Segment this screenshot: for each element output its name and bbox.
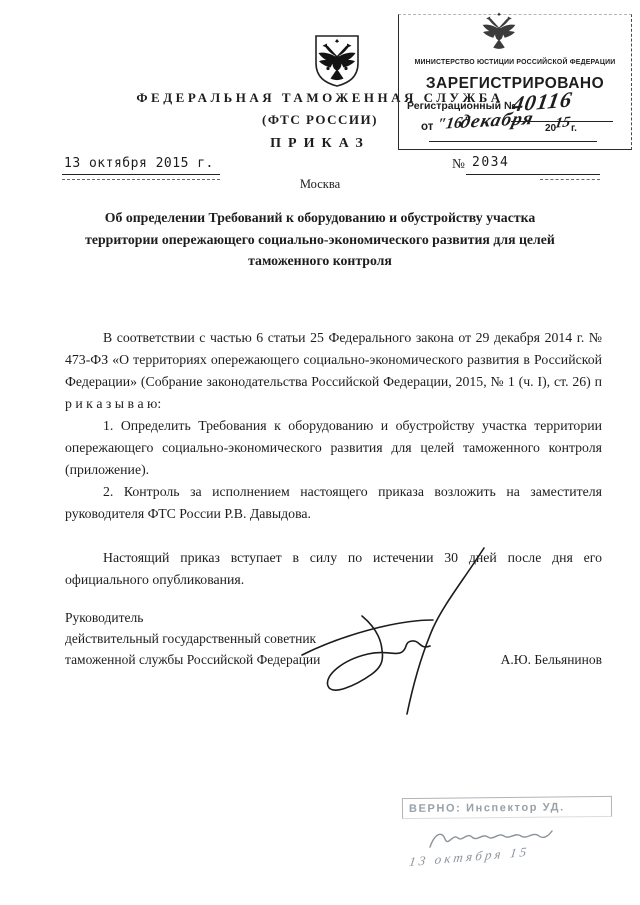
document-number-label: № <box>452 156 465 172</box>
document-title: Об определении Требований к оборудованию… <box>80 207 560 272</box>
body-paragraph: 2. Контроль за исполнением настоящего пр… <box>65 481 602 525</box>
registered-label: ЗАРЕГИСТРИРОВАНО <box>399 75 631 93</box>
body-paragraph: В соответствии с частью 6 статьи 25 Феде… <box>65 327 602 415</box>
body-paragraph: Настоящий приказ вступает в силу по исте… <box>65 547 602 591</box>
document-number: 2034 <box>472 155 509 170</box>
body-paragraph: 1. Определить Требования к оборудованию … <box>65 415 602 481</box>
document-page: ФЕДЕРАЛЬНАЯ ТАМОЖЕННАЯ СЛУЖБА (ФТС РОССИ… <box>0 0 640 905</box>
city: Москва <box>0 177 640 192</box>
signer-position-line: Руководитель <box>65 607 602 628</box>
document-date: 13 октября 2015 г. <box>64 156 214 171</box>
reg-date-underline <box>429 141 597 142</box>
signature-block: Руководитель действительный государствен… <box>65 607 602 670</box>
ministry-name: МИНИСТЕРСТВО ЮСТИЦИИ РОССИЙСКОЙ ФЕДЕРАЦИ… <box>399 59 631 66</box>
verification-stamp: ВЕРНО: Инспектор УД. 13 октября 15 <box>402 797 612 818</box>
document-body: В соответствии с частью 6 статьи 25 Феде… <box>65 327 602 670</box>
reg-date-year-handwritten: 15 <box>554 114 572 132</box>
reg-date-month-handwritten: декабря <box>458 108 536 134</box>
signer-position-line: действительный государственный советник <box>65 628 602 649</box>
registration-stamp: МИНИСТЕРСТВО ЮСТИЦИИ РОССИЙСКОЙ ФЕДЕРАЦИ… <box>398 14 632 150</box>
ministry-emblem-icon <box>477 9 521 55</box>
reg-date-from-label: от <box>421 121 433 133</box>
signer-position-line: таможенной службы Российской Федерации <box>65 649 320 670</box>
reg-date-year-suffix: г. <box>571 123 577 134</box>
number-underline <box>466 174 600 175</box>
date-underline <box>62 174 220 175</box>
title-line: Об определении Требований к оборудованию… <box>80 207 560 229</box>
russia-coat-of-arms-icon <box>313 35 361 87</box>
title-line: территории опережающего социально-эконом… <box>80 229 560 251</box>
title-line: таможенного контроля <box>80 250 560 272</box>
signer-name: А.Ю. Бельянинов <box>501 649 602 670</box>
verification-stamp-text: ВЕРНО: Инспектор УД. <box>402 796 612 819</box>
